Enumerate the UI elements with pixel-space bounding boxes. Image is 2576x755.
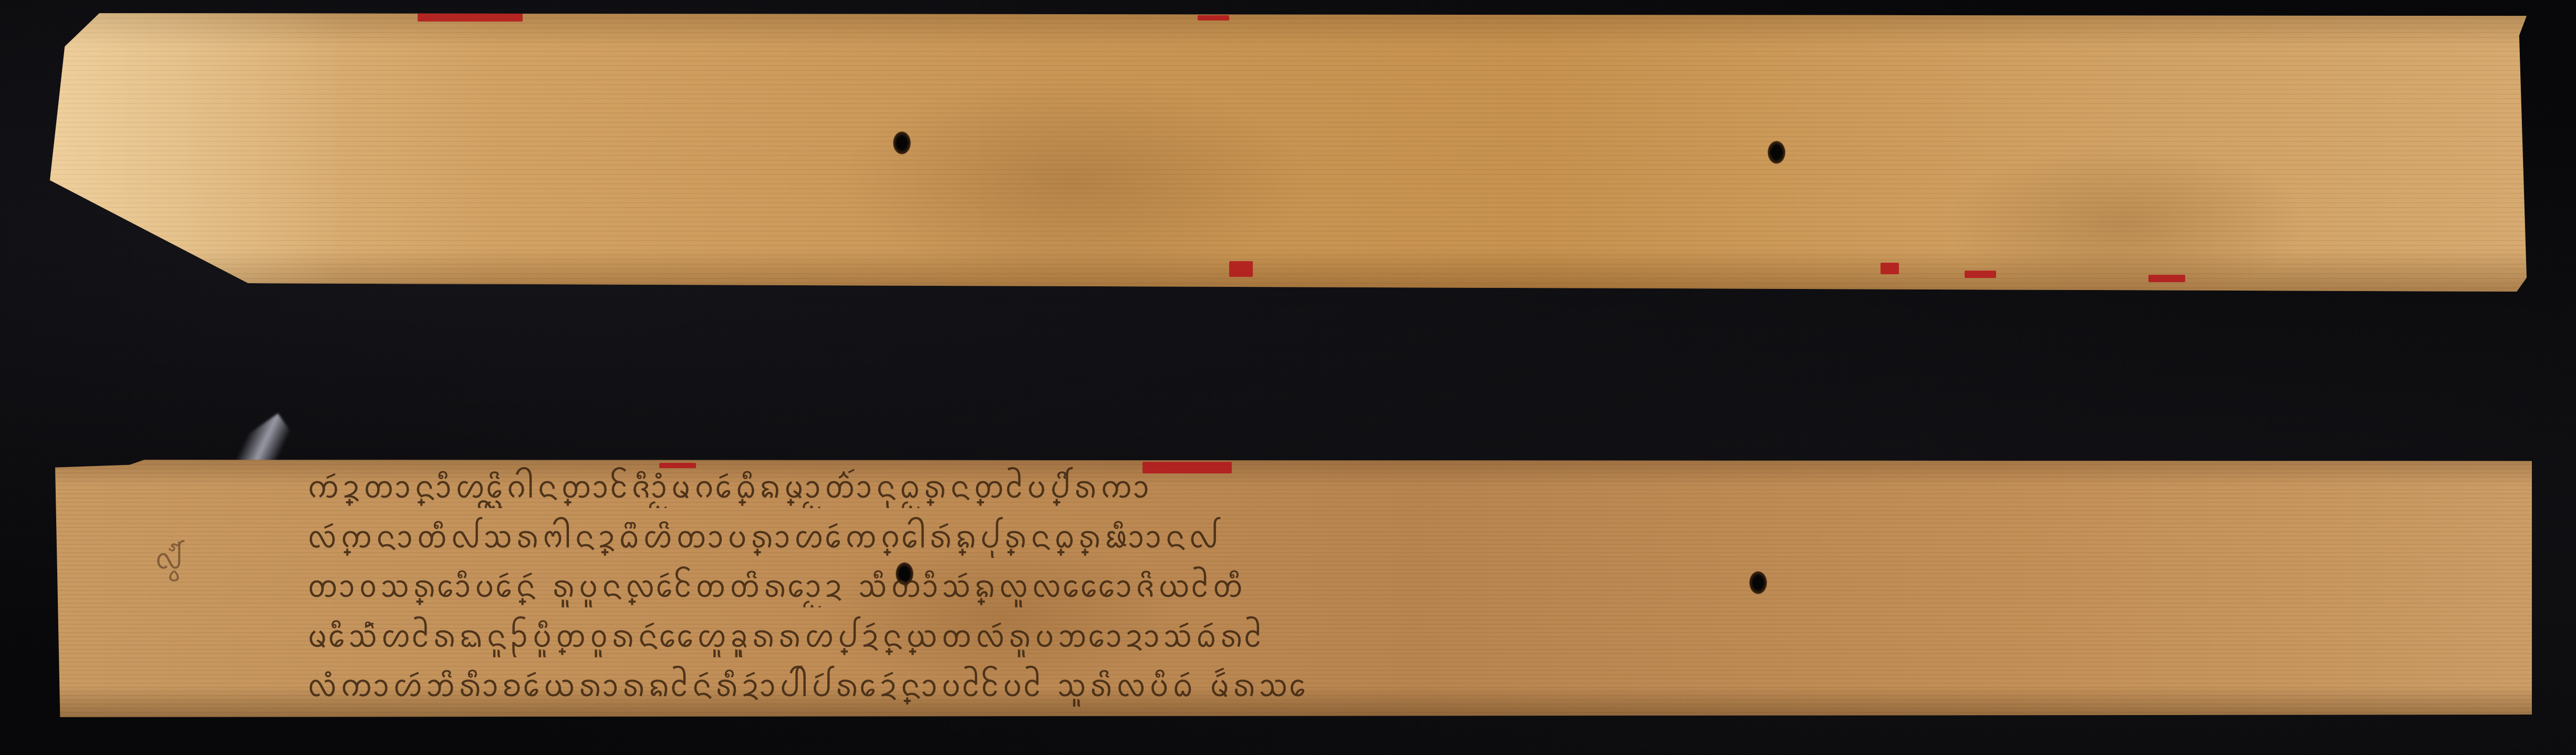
red-lacquer-edge	[2148, 275, 2185, 282]
water-stain	[1941, 144, 2309, 292]
text-line-1: ᨠᩢ᩠ᨯᨲᩣ᩠ᨶᩣᩥᩉᩮᩬᩖᩦᨣᩤᨶ᩠ᨲᩣᩰᨩᩥᩣᩴᩬᨾᨣᩮᩢ᩠ᨵᩥᨦ᩠ᨾᩣᩬᨲ…	[307, 466, 2395, 508]
red-lacquer-edge	[418, 13, 523, 22]
red-lacquer-edge	[1881, 263, 1899, 274]
text-line-3: ᨲᩣᩅᩈ᩠ᩁᩮᩣᩥᨷᩮᩢ᩠ᨶᩢ ᩁᩪᨷᩪᨶ᩠ᩃᩮᩢᩰᨲᨲᩦᩁᩮᩣᩬᨯ ᩈᩥᨲᩣᩥ…	[307, 565, 2395, 607]
manuscript-text: ᨠᩢ᩠ᨯᨲᩣ᩠ᨶᩣᩥᩉᩮᩬᩖᩦᨣᩤᨶ᩠ᨲᩣᩰᨩᩥᩣᩴᩬᨾᨣᩮᩢ᩠ᨵᩥᨦ᩠ᨾᩣᩬᨲ…	[307, 466, 2395, 707]
string-hole-left	[893, 131, 911, 154]
text-line-5: ᩃᩴᨠᩣᩉᩢᨽᩦᩁᩥᩣᨧᩮᩢᨿᩁᩣᩁᨦᩲᨶᩢᩁᩥᨯᩢᩣᨸᩤᨸᩢᩁᩮᨯᩢ᩠ᨶᩣᨷᩲ…	[307, 665, 2395, 707]
water-stain	[838, 76, 1311, 286]
red-lacquer-edge	[1229, 261, 1253, 277]
folio-number: ᩓ᩠ᩅ᩼	[155, 539, 183, 584]
string-hole-right	[1768, 141, 1785, 164]
text-line-4: ᨾᩮᩥᩈᩢᩫᩉᩲᩁᨳᨶᩪᩐᨷᩥᩪ᩠ᨲᩅᩪᩁᨶᩢᩯᩉᩪᨡᩩᩪᩁᩁᩉ᩠ᨸᨯᩢ᩠ᨶ᩠ᨿ…	[307, 615, 2395, 657]
palm-leaf-bottom: ᩓ᩠ᩅ᩼ ᨠᩢ᩠ᨯᨲᩣ᩠ᨶᩣᩥᩉᩮᩬᩖᩦᨣᩤᨶ᩠ᨲᩣᩰᨩᩥᩣᩴᩬᨾᨣᩮᩢ᩠ᨵᩥᨦ…	[55, 460, 2532, 717]
red-lacquer-edge	[1965, 271, 1996, 278]
red-lacquer-edge	[1198, 15, 1229, 20]
palm-leaf-top	[50, 13, 2527, 292]
text-line-2: ᩃᩢ᩠ᨠᨶᩣᨲᩥᩓᩈᩁᨻᩤᨶ᩠ᨯᨵᩨᩉᩦᨲᩣᨷ᩠ᩁᩣᩉᩮᩢᨠ᩠ᨣᩮᩤᩁᩢ᩠ᨦᨸᩩ…	[307, 516, 2395, 558]
